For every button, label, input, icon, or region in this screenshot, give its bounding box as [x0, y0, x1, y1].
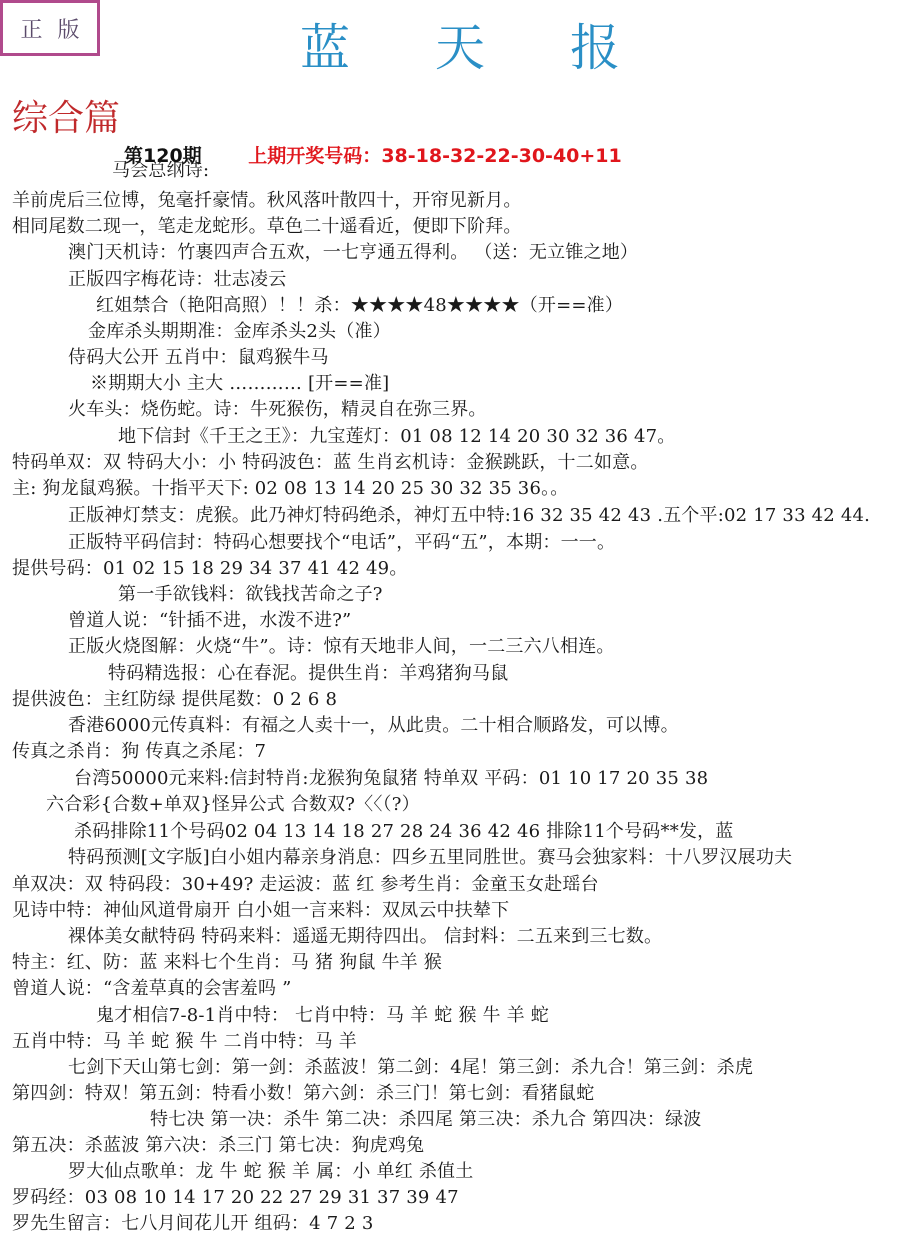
- text-line: 第四剑：特双！第五剑：特看小数！第六剑：杀三门！第七剑：看猪鼠蛇: [12, 1082, 594, 1106]
- title-char: 天: [435, 18, 485, 78]
- text-line: 金库杀头期期准：金库杀头2头（准）: [88, 320, 391, 344]
- text-line: 罗先生留言：七八月间花儿开 组码：4 7 2 3: [12, 1212, 374, 1236]
- badge-char: 正: [20, 13, 42, 44]
- title-char: 报: [570, 18, 620, 78]
- text-line: 曾道人说：“含羞草真的会害羞吗 ”: [12, 977, 292, 1001]
- text-line: 第五决：杀蓝波 第六决：杀三门 第七决：狗虎鸡兔: [12, 1134, 424, 1158]
- text-line: 火车头：烧伤蛇。诗：牛死猴伤，精灵自在弥三界。: [68, 398, 487, 422]
- page-title: 蓝 天 报: [300, 18, 620, 78]
- section-title: 综合篇: [12, 97, 120, 141]
- text-line: 羊前虎后三位博，兔毫扦豪情。秋风落叶散四十，开帘见新月。: [12, 189, 522, 213]
- text-line: 香港6000元传真料：有福之人卖十一，从此贵。二十相合顺路发，可以博。: [68, 714, 679, 738]
- text-line: ※期期大小 主大 ………… [开==准]: [90, 372, 389, 396]
- last-draw-label: 上期开奖号码：: [248, 145, 381, 167]
- text-line: 台湾50000元来料:信封特肖:龙猴狗兔鼠猪 特单双 平码：01 10 17 2…: [74, 767, 708, 791]
- text-line: 鬼才相信7-8-1肖中特： 七肖中特：马 羊 蛇 猴 牛 羊 蛇: [96, 1004, 549, 1028]
- text-line: 罗大仙点歌单：龙 牛 蛇 猴 羊 属：小 单红 杀值土: [68, 1160, 473, 1184]
- badge-char: 版: [57, 13, 79, 44]
- text-line: 六合彩{合数+单双}怪异公式 合数双?〈〈（?）: [46, 793, 420, 817]
- text-line: 正版神灯禁支：虎猴。此乃神灯特码绝杀，神灯五中特:16 32 35 42 43 …: [68, 504, 870, 528]
- text-line: 主: 狗龙鼠鸡猴。十指平天下: 02 08 13 14 20 25 30 32 …: [12, 477, 569, 501]
- text-line: 特码单双：双 特码大小：小 特码波色：蓝 生肖玄机诗：金猴跳跃，十二如意。: [12, 451, 649, 475]
- authentic-edition-badge: 正 版: [0, 0, 100, 56]
- text-line: 侍码大公开 五肖中：鼠鸡猴牛马: [68, 346, 329, 370]
- text-line: 地下信封《千王之王》：九宝莲灯：01 08 12 14 20 30 32 36 …: [118, 425, 676, 449]
- text-line: 马会总纲诗:: [112, 159, 209, 183]
- text-line: 单双决：双 特码段：30+49? 走运波：蓝 红 参考生肖：金童玉女赴瑶台: [12, 873, 599, 897]
- last-draw-numbers: 38-18-32-22-30-40+11: [381, 145, 621, 167]
- text-line: 特主：红、防：蓝 来料七个生肖：马 猪 狗鼠 牛羊 猴: [12, 951, 442, 975]
- last-draw-result: 上期开奖号码：38-18-32-22-30-40+11: [248, 145, 621, 167]
- text-line: 见诗中特：神仙风道骨扇开 白小姐一言来料：双凤云中扶辇下: [12, 899, 509, 923]
- text-line: 特码精选报：心在春泥。提供生肖：羊鸡猪狗马鼠: [108, 662, 508, 686]
- text-line: 第一手欲钱料：欲钱找苦命之子?: [118, 583, 383, 607]
- text-line: 传真之杀肖：狗 传真之杀尾：7: [12, 740, 266, 764]
- text-line: 特七决 第一决：杀牛 第二决：杀四尾 第三决：杀九合 第四决：绿波: [150, 1108, 701, 1132]
- text-line: 红姐禁合（艳阳高照）！！杀：★★★★48★★★★（开==准）: [96, 294, 623, 318]
- text-line: 曾道人说：“针插不进，水泼不进?”: [68, 609, 351, 633]
- text-line: 五肖中特：马 羊 蛇 猴 牛 二肖中特：马 羊: [12, 1030, 357, 1054]
- text-line: 杀码排除11个号码02 04 13 14 18 27 28 24 36 42 4…: [74, 820, 734, 844]
- text-line: 正版四字梅花诗：壮志凌云: [68, 268, 286, 292]
- text-line: 七剑下天山第七剑：第一剑：杀蓝波！第二剑：4尾！第三剑：杀九合！第三剑：杀虎: [68, 1056, 753, 1080]
- title-char: 蓝: [300, 18, 350, 78]
- text-line: 提供波色：主红防绿 提供尾数：0 2 6 8: [12, 688, 337, 712]
- text-line: 罗码经：03 08 10 14 17 20 22 27 29 31 37 39 …: [12, 1186, 459, 1210]
- text-line: 提供号码：01 02 15 18 29 34 37 41 42 49。: [12, 557, 408, 581]
- text-line: 相同尾数二现一，笔走龙蛇形。草色二十遥看近，便即下阶拜。: [12, 215, 522, 239]
- text-line: 正版特平码信封：特码心想要找个“电话”，平码“五”，本期：一一。: [68, 531, 615, 555]
- text-line: 澳门天机诗：竹裹四声合五欢，一七亨通五得利。 （送：无立锥之地）: [68, 241, 638, 265]
- text-line: 裸体美女献特码 特码来料：遥遥无期待四出。 信封料：二五来到三七数。: [68, 925, 662, 949]
- text-line: 正版火烧图解：火烧“牛”。诗：惊有天地非人间，一二三六八相连。: [68, 635, 615, 659]
- text-line: 特码预测[文字版]白小姐内幕亲身消息：四乡五里同胜世。赛马会独家料：十八罗汉展功…: [68, 846, 792, 870]
